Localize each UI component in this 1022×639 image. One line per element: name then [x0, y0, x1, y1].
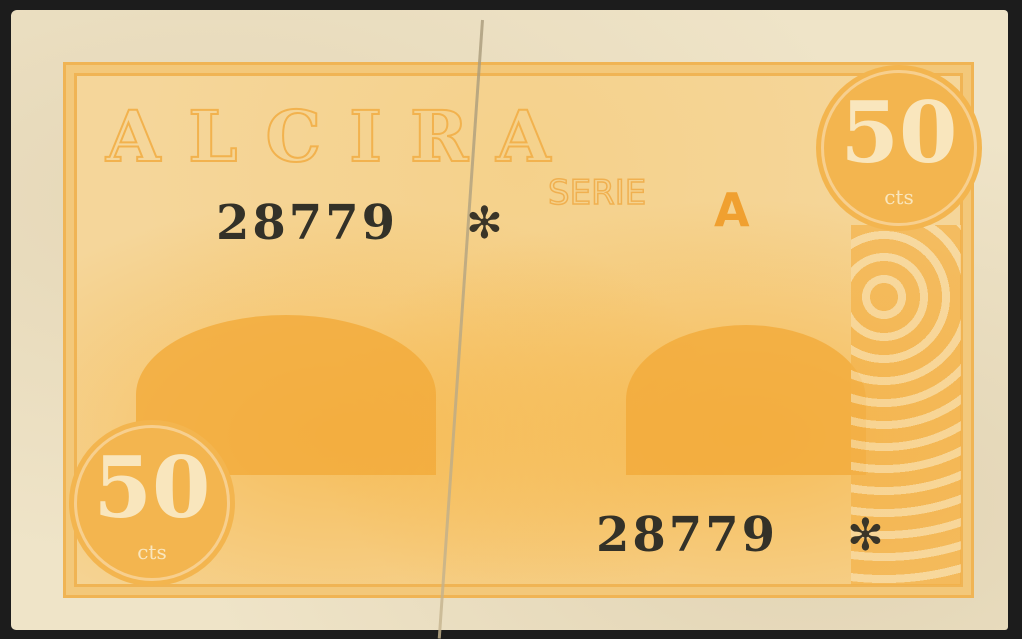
denomination-medallion-top-right: 50 cts: [821, 70, 977, 226]
denomination-medallion-bottom-left: 50 cts: [74, 425, 230, 581]
denomination-value: 50: [77, 438, 227, 537]
printed-area: ALCIRA SERIE A 50 cts 50 cts: [63, 62, 974, 598]
serie-letter: A: [714, 183, 750, 237]
banknote: ALCIRA SERIE A 50 cts 50 cts 28779 ✻ 287…: [11, 10, 1008, 630]
town-title: ALCIRA: [106, 95, 578, 178]
denomination-unit: cts: [77, 540, 227, 564]
serie-label: SERIE: [548, 173, 646, 213]
bridge-arch-right: [626, 325, 866, 475]
asterisk-mark-bottom: ✻: [847, 510, 884, 561]
asterisk-mark-top: ✻: [466, 198, 503, 249]
serial-number-bottom: 28779: [596, 507, 778, 563]
serial-number-top: 28779: [216, 195, 398, 251]
denomination-value: 50: [824, 83, 974, 182]
denomination-unit: cts: [824, 185, 974, 209]
